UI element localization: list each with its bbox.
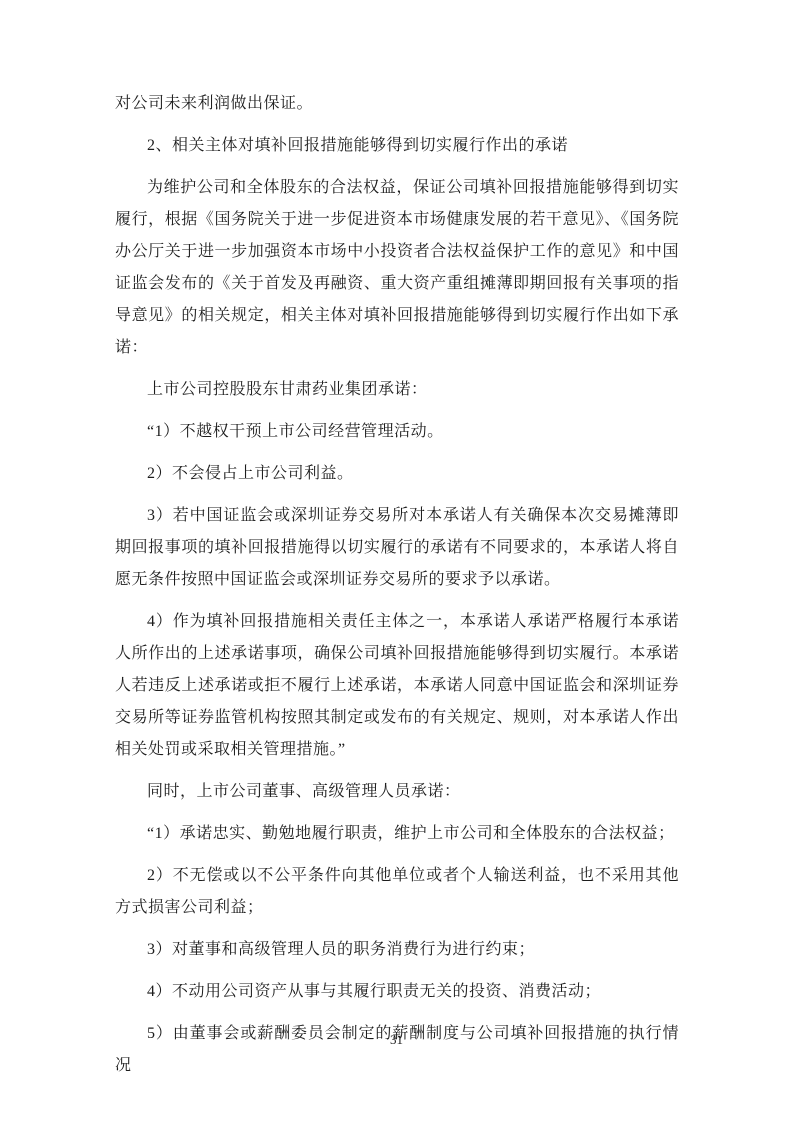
paragraph-shareholder-commitment-lead: 上市公司控股股东甘肃药业集团承诺：	[115, 374, 679, 406]
paragraph-directors-commitment-lead: 同时，上市公司董事、高级管理人员承诺：	[115, 776, 679, 808]
section-heading-2: 2、相关主体对填补回报措施能够得到切实履行作出的承诺	[115, 130, 679, 162]
directors-commitment-item-4: 4）不动用公司资产从事与其履行职责无关的投资、消费活动；	[115, 976, 679, 1008]
document-page: 对公司未来利润做出保证。 2、相关主体对填补回报措施能够得到切实履行作出的承诺 …	[0, 0, 793, 1122]
directors-commitment-item-2: 2）不无偿或以不公平条件向其他单位或者个人输送利益，也不采用其他方式损害公司利益…	[115, 860, 679, 924]
page-number: 31	[0, 1032, 793, 1048]
shareholder-commitment-item-3: 3）若中国证监会或深圳证券交易所对本承诺人有关确保本次交易摊薄即期回报事项的填补…	[115, 500, 679, 596]
paragraph-intro-basis: 为维护公司和全体股东的合法权益，保证公司填补回报措施能够得到切实履行，根据《国务…	[115, 172, 679, 364]
directors-commitment-item-5: 5）由董事会或薪酬委员会制定的薪酬制度与公司填补回报措施的执行情况	[115, 1018, 679, 1082]
directors-commitment-item-1: “1）承诺忠实、勤勉地履行职责，维护上市公司和全体股东的合法权益；	[115, 818, 679, 850]
shareholder-commitment-item-1: “1）不越权干预上市公司经营管理活动。	[115, 416, 679, 448]
directors-commitment-item-3: 3）对董事和高级管理人员的职务消费行为进行约束；	[115, 934, 679, 966]
paragraph-continuation: 对公司未来利润做出保证。	[115, 88, 679, 120]
shareholder-commitment-item-4: 4）作为填补回报措施相关责任主体之一，本承诺人承诺严格履行本承诺人所作出的上述承…	[115, 606, 679, 766]
shareholder-commitment-item-2: 2）不会侵占上市公司利益。	[115, 458, 679, 490]
